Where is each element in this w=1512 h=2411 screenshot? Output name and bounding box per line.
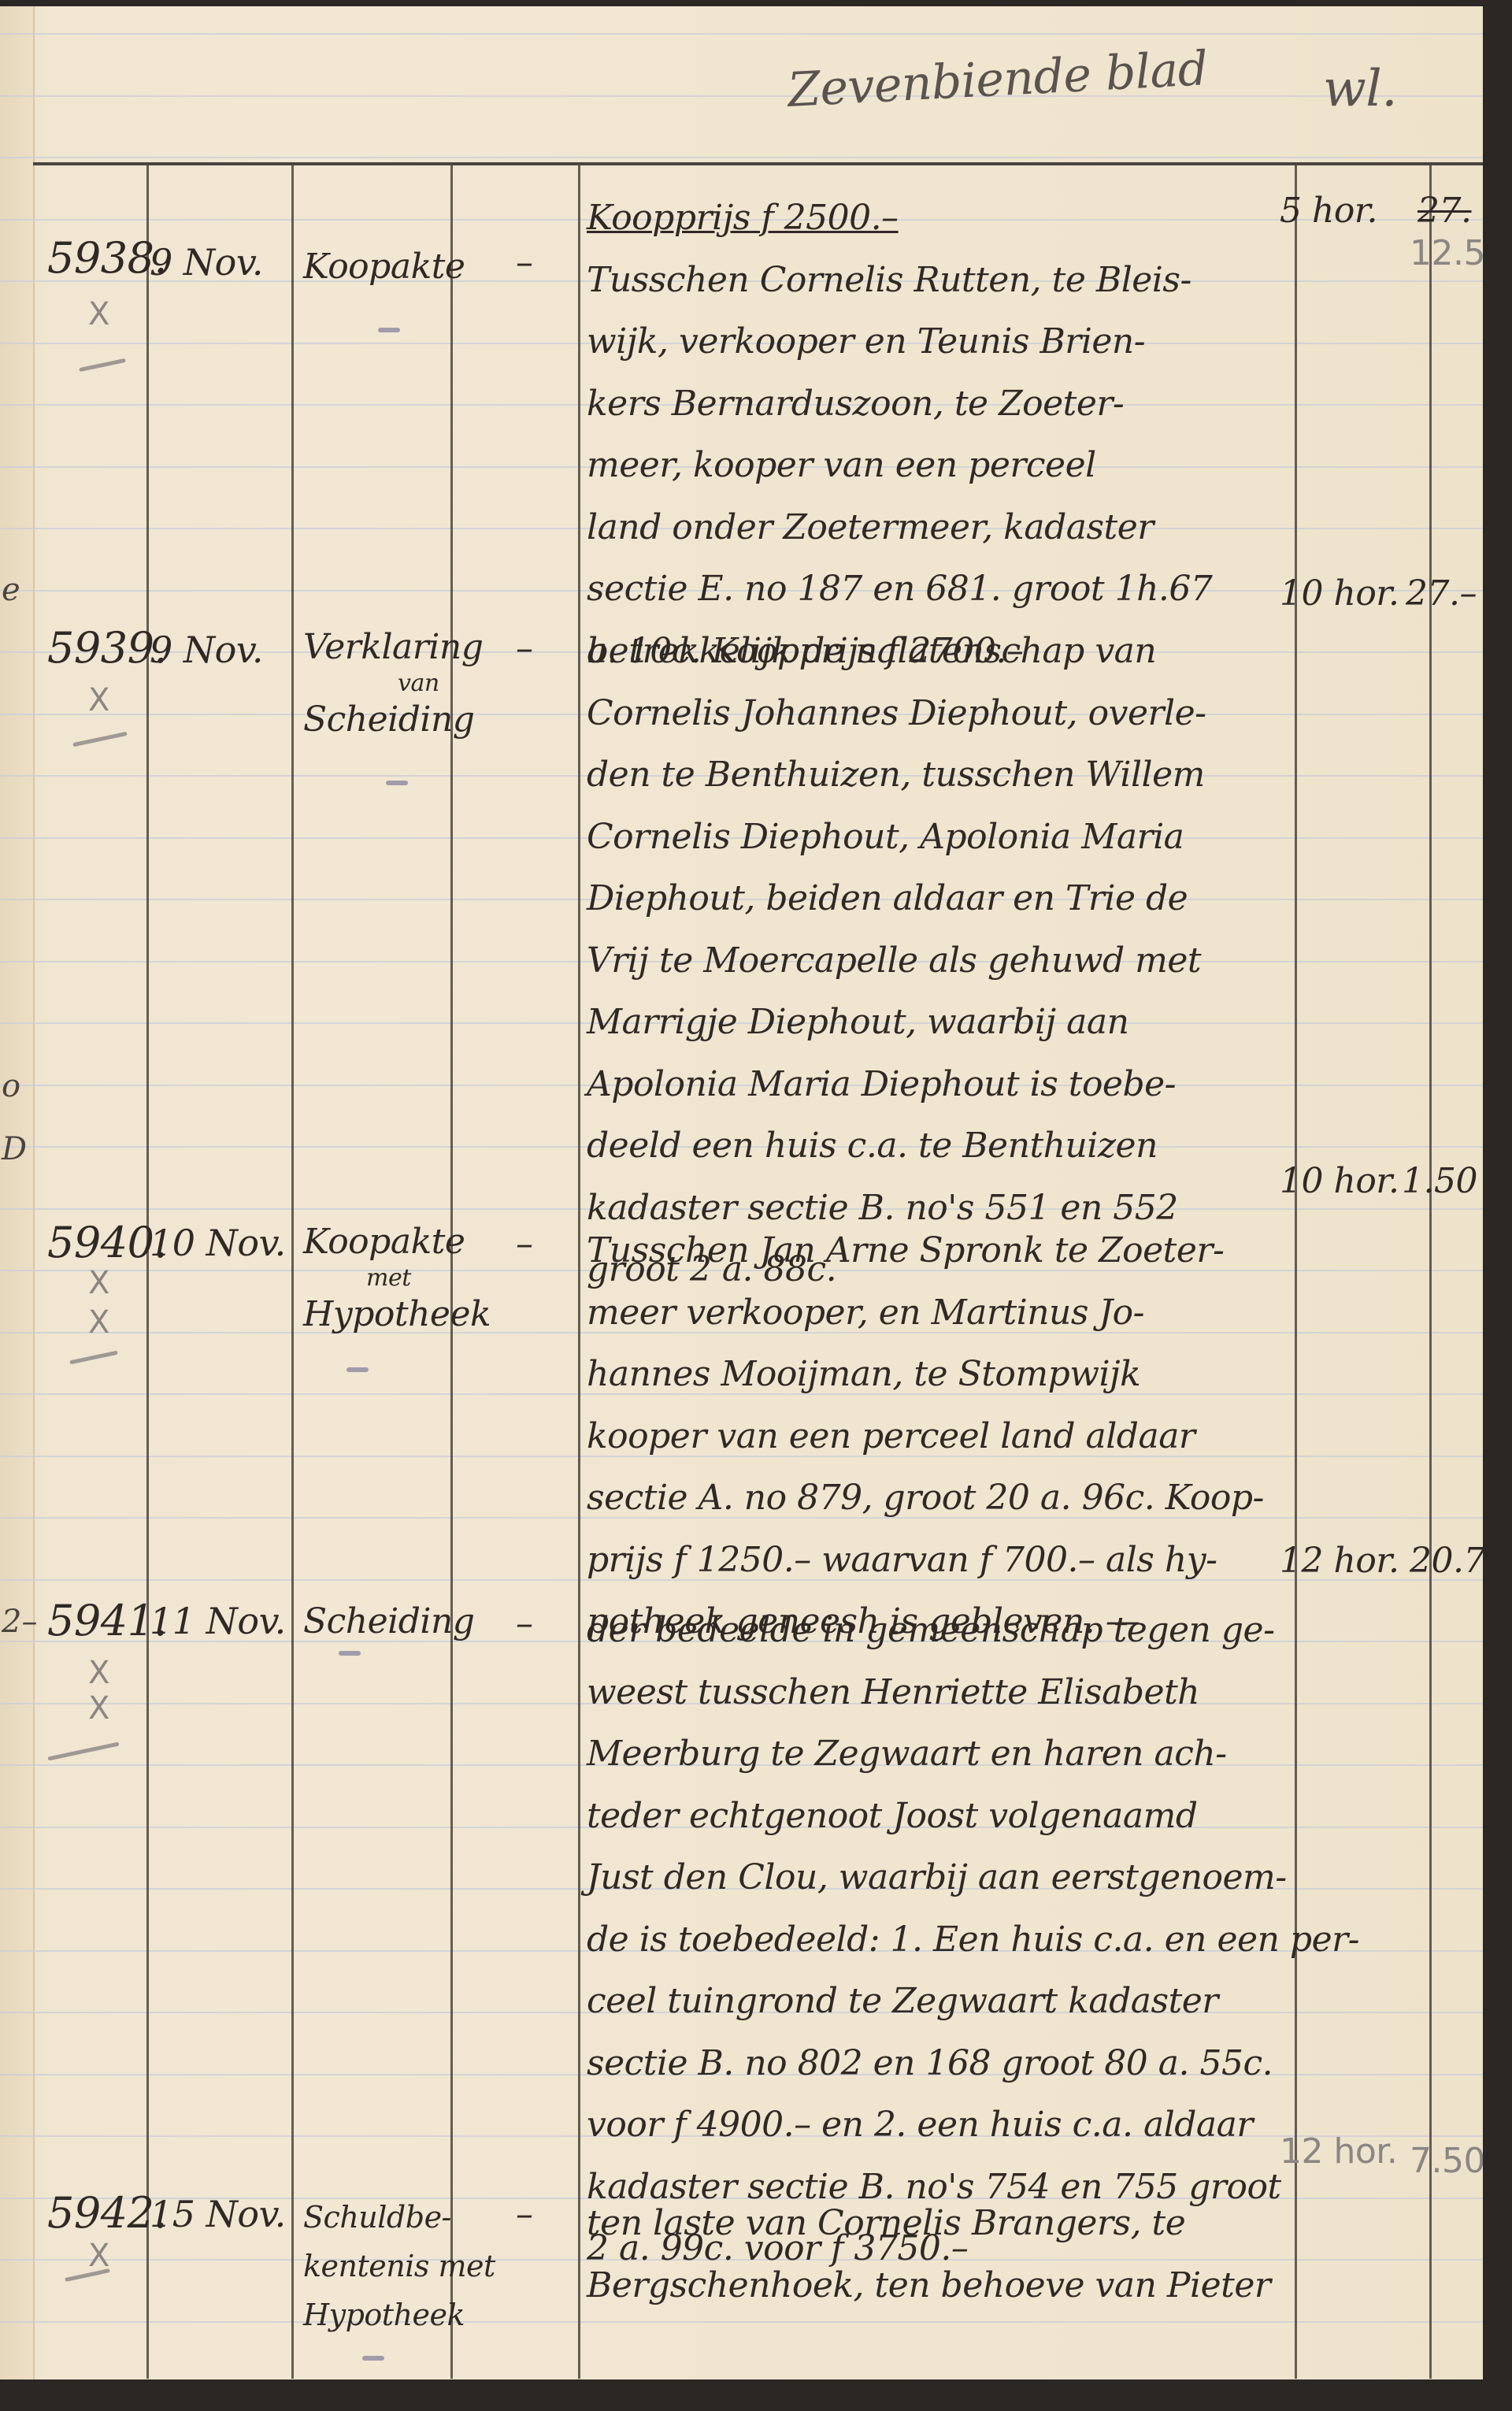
entry-amount: 27.– (1406, 573, 1477, 614)
deed-type-line: Koopakte (303, 247, 465, 287)
column-rule-number (146, 165, 149, 2379)
body-line: Meerburg te Zegwaart en haren ach- (587, 1723, 1295, 1786)
pencil-check-mark: X (88, 682, 109, 718)
body-line: sectie B. no 802 en 168 groot 80 a. 55c. (587, 2033, 1295, 2095)
body-line: meer verkooper, en Martinus Jo- (587, 1282, 1295, 1345)
entry-deed-type: Verklaring van Scheiding (303, 623, 483, 744)
entry-date: 9 Nov. (150, 629, 263, 671)
entry-fee: 5 hor. (1280, 191, 1377, 231)
deed-type-line: Scheiding (303, 1601, 474, 1641)
deed-type-line: met (303, 1267, 491, 1290)
previous-page-edge (0, 5, 35, 2379)
body-line: Cornelis Johannes Diephout, overle- (587, 683, 1295, 745)
body-line: Diephout, beiden aldaar en Trie de (587, 868, 1295, 930)
pencil-check-mark: X (88, 1690, 109, 1727)
entry-date: 11 Nov. (150, 1600, 286, 1642)
body-line: betrekkelijk de nalatenschap van (587, 621, 1295, 683)
body-line: de is toebedeeld: 1. Een huis c.a. en ee… (587, 1909, 1295, 1971)
pencil-dash-mark (47, 1741, 119, 1760)
body-line: Bergschenhoek, ten behoeve van Pieter (587, 2255, 1295, 2317)
body-line: Just den Clou, waarbij aan eerstgenoem- (587, 1847, 1295, 1909)
body-line: teder echtgenoot Joost volgenaamd (587, 1786, 1295, 1848)
pencil-check-mark: X (88, 1265, 109, 1301)
body-line: voor f 4900.– en 2. een huis c.a. aldaar (587, 2094, 1295, 2157)
body-line: ceel tuingrond te Zegwaart kadaster (587, 1971, 1295, 2033)
entry-date: 9 Nov. (150, 241, 263, 284)
deed-type-line: Koopakte (303, 1218, 491, 1267)
entry-dash: – (516, 2194, 533, 2235)
entry-dash: – (516, 1224, 533, 1264)
register-page: Zevenbiende blad wl. e o D 2– 5938. 9 No… (0, 5, 1483, 2379)
pencil-dash-mark (72, 732, 128, 747)
column-rule-fee (1429, 165, 1432, 2379)
body-line: hannes Mooijman, te Stompwijk (587, 1344, 1295, 1406)
body-line: kooper van een perceel land aldaar (587, 1406, 1295, 1468)
body-line: sectie A. no 879, groot 20 a. 96c. Koop- (587, 1467, 1295, 1530)
header-rule (33, 162, 1483, 165)
deed-type-line: Hypotheek (303, 1290, 491, 1339)
entry-date: 15 Nov. (150, 2193, 286, 2235)
pencil-check-mark: X (88, 1655, 109, 1691)
pencil-tick (339, 1651, 361, 1656)
body-line: der bedeelde in gemeenschap tegen ge- (587, 1600, 1295, 1662)
pencil-dash-mark (79, 358, 126, 372)
pencil-tick (362, 2356, 384, 2361)
body-line: sectie E. no 187 en 681. groot 1h.67 (587, 558, 1295, 621)
body-line: meer, kooper van een perceel (587, 435, 1295, 497)
body-line: ten laste van Cornelis Brangers, te (587, 2193, 1295, 2255)
entry-body: ten laste van Cornelis Brangers, te Berg… (587, 2193, 1295, 2316)
margin-fragment: e (2, 572, 20, 608)
entry-date: 10 Nov. (150, 1222, 286, 1264)
deed-type-line: Scheiding (303, 695, 483, 744)
entry-dash: – (516, 243, 533, 283)
pencil-dash-mark (69, 1351, 118, 1365)
scan-bottom-edge (0, 2379, 1512, 2411)
body-line: weest tusschen Henriette Elisabeth (587, 1662, 1295, 1724)
entry-deed-type: Schuldbe- kentenis met Hypotheek (303, 2193, 495, 2339)
entry-fee: 12 hor. (1280, 1541, 1399, 1581)
entry-fee: 10 hor. (1280, 573, 1399, 614)
body-line: prijs f 1250.– waarvan f 700.– als hy- (587, 1530, 1295, 1592)
entry-body: der bedeelde in gemeenschap tegen ge- we… (587, 1600, 1295, 2280)
pencil-check-mark: X (88, 1304, 109, 1341)
column-rule-dash (578, 165, 580, 2379)
margin-fragment: 2– (2, 1604, 37, 1640)
deed-type-line: van (303, 672, 483, 695)
body-line: Tusschen Cornelis Rutten, te Bleis- (587, 250, 1295, 312)
entry-body: Koopprijs f 2500.– Tusschen Cornelis Rut… (587, 187, 1295, 682)
body-line: Koopprijs f 2500.– (587, 187, 1295, 250)
column-rule-date (291, 165, 294, 2379)
entry-dash: – (516, 1604, 533, 1644)
ruled-line (0, 95, 1483, 97)
ruled-line (0, 2321, 1483, 2323)
page-header-initials: wl. (1323, 60, 1397, 118)
margin-fragment: D (2, 1131, 27, 1167)
body-line: deeld een huis c.a. te Benthuizen (587, 1115, 1295, 1178)
scan-top-edge (0, 0, 1512, 6)
body-line: Apolonia Maria Diephout is toebe- (587, 1054, 1295, 1116)
pencil-dash-mark (65, 2268, 110, 2282)
entry-amount: 7.50 (1410, 2141, 1485, 2181)
entry-deed-type: Koopakte met Hypotheek (303, 1218, 491, 1339)
deed-type-line: Hypotheek (303, 2290, 495, 2339)
deed-type-line: Schuldbe- (303, 2193, 495, 2242)
body-line: kers Bernarduszoon, te Zoeter- (587, 373, 1295, 436)
body-line: Cornelis Diephout, Apolonia Maria (587, 807, 1295, 869)
ruled-line (0, 157, 1483, 158)
body-line: Vrij te Moercapelle als gehuwd met (587, 930, 1295, 992)
pencil-tick (386, 781, 408, 785)
pencil-tick (346, 1367, 369, 1372)
scan-right-edge (1483, 0, 1512, 2411)
entry-fee: 10 hor. (1280, 1161, 1399, 1201)
body-line: den te Benthuizen, tusschen Willem (587, 744, 1295, 807)
margin-fragment: o (2, 1068, 20, 1104)
page-header-note: Zevenbiende blad (787, 41, 1210, 118)
ruled-line (0, 33, 1483, 35)
body-line: Tusschen Jan Arne Spronk te Zoeter- (587, 1220, 1295, 1282)
entry-body: Tusschen Jan Arne Spronk te Zoeter- meer… (587, 1220, 1295, 1653)
pencil-tick (378, 328, 400, 332)
entry-amount-struck: 27. (1417, 191, 1471, 231)
entry-amount: 1.50 (1402, 1161, 1477, 1201)
entry-fee: 12 hor. (1280, 2131, 1397, 2172)
body-line: Marrigje Diephout, waarbij aan (587, 992, 1295, 1054)
pencil-check-mark: X (88, 296, 109, 332)
entry-dash: – (516, 629, 533, 669)
entry-deed-type: Scheiding (303, 1597, 474, 1646)
entry-deed-type: Koopakte (303, 243, 465, 291)
body-line: land onder Zoetermeer, kadaster (587, 497, 1295, 559)
deed-type-line: Verklaring (303, 623, 483, 672)
body-line: wijk, verkooper en Teunis Brien- (587, 311, 1295, 373)
deed-type-line: kentenis met (303, 2242, 495, 2290)
entry-body: betrekkelijk de nalatenschap van Corneli… (587, 621, 1295, 1301)
